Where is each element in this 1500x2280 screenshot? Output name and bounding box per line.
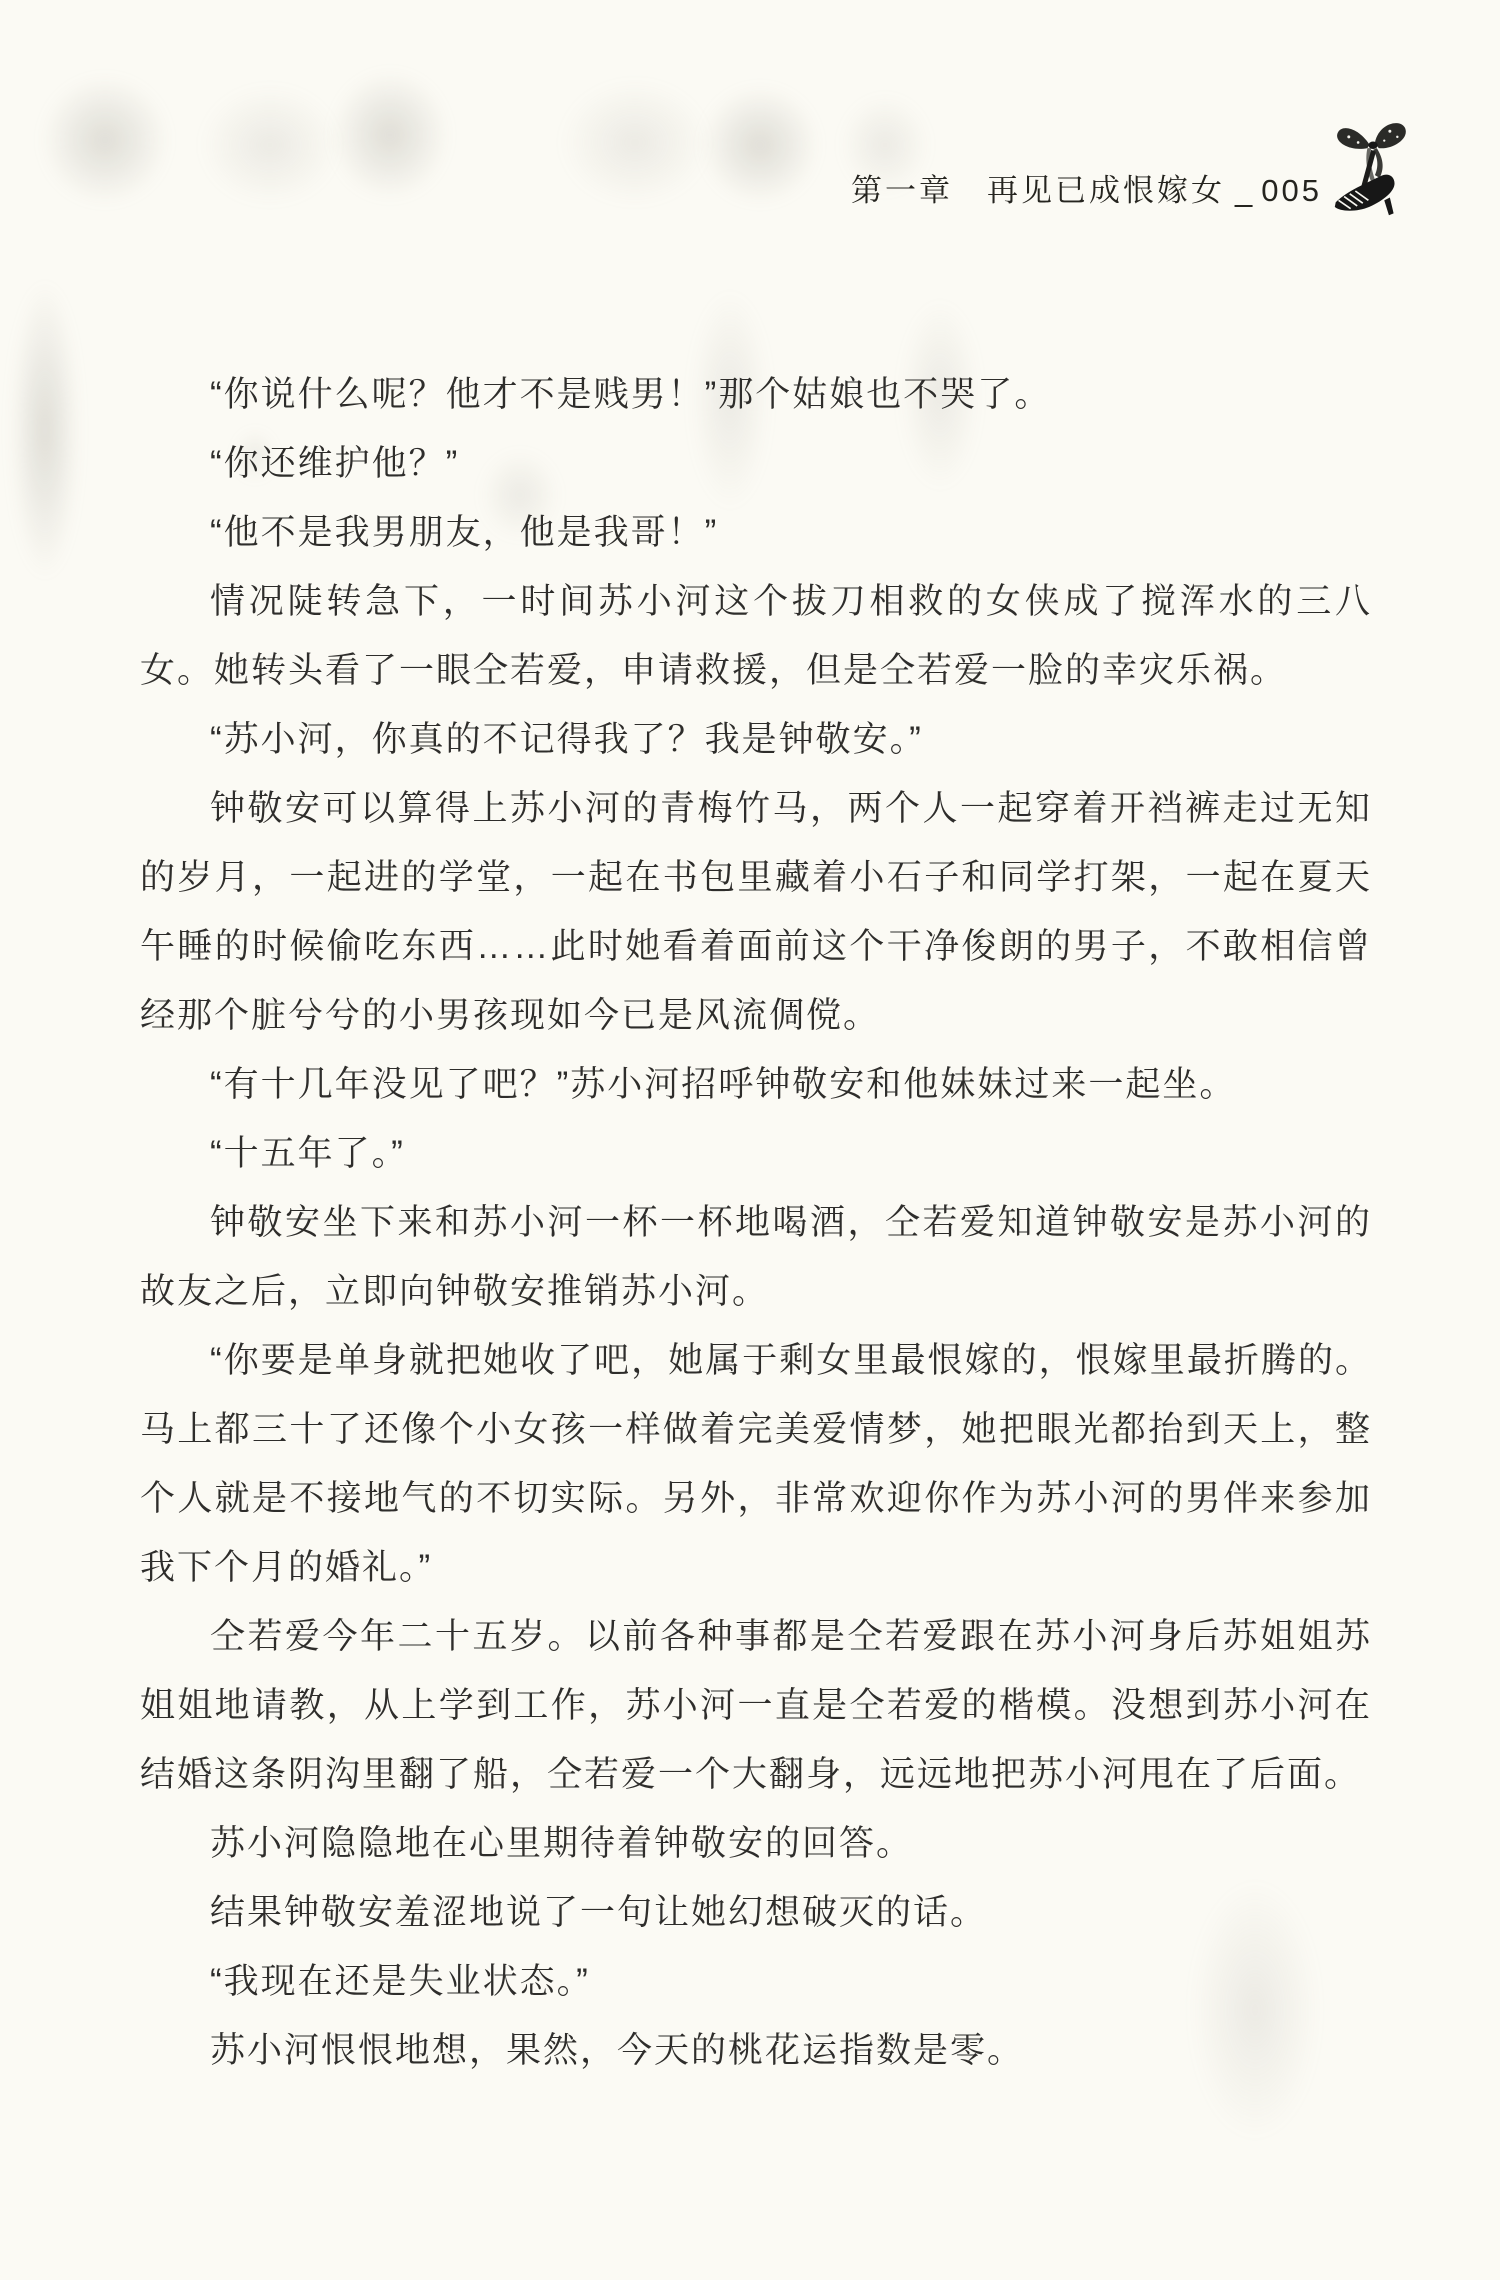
paragraph: “你说什么呢？他才不是贱男！”那个姑娘也不哭了。 xyxy=(140,360,1372,429)
page-number: 005 xyxy=(1261,173,1322,208)
paragraph: “苏小河，你真的不记得我了？我是钟敬安。” xyxy=(140,705,1372,774)
high-heel-shoe-icon xyxy=(1332,116,1416,224)
scan-artifact xyxy=(40,75,170,205)
paragraph: “我现在还是失业状态。” xyxy=(140,1947,1372,2016)
paragraph: 钟敬安坐下来和苏小河一杯一杯地喝酒，仝若爱知道钟敬安是苏小河的故友之后，立即向钟… xyxy=(140,1188,1372,1326)
scan-artifact xyxy=(700,85,820,205)
paragraph: 情况陡转急下，一时间苏小河这个拔刀相救的女侠成了搅浑水的三八女。她转头看了一眼仝… xyxy=(140,567,1372,705)
paragraph: “有十几年没见了吧？”苏小河招呼钟敬安和他妹妹过来一起坐。 xyxy=(140,1050,1372,1119)
paragraph: 钟敬安可以算得上苏小河的青梅竹马，两个人一起穿着开裆裤走过无知的岁月，一起进的学… xyxy=(140,774,1372,1050)
page-header: 第一章再见已成恨嫁女_005 xyxy=(851,165,1322,210)
paragraph: “十五年了。” xyxy=(140,1119,1372,1188)
paragraph: 结果钟敬安羞涩地说了一句让她幻想破灭的话。 xyxy=(140,1878,1372,1947)
paragraph: 仝若爱今年二十五岁。以前各种事都是仝若爱跟在苏小河身后苏姐姐苏姐姐地请教，从上学… xyxy=(140,1602,1372,1809)
book-page: 第一章再见已成恨嫁女_005 “你说什么呢？他才不是贱男！”那个姑娘也不哭了。“… xyxy=(0,0,1500,2280)
paragraph: 苏小河隐隐地在心里期待着钟敬安的回答。 xyxy=(140,1809,1372,1878)
page-number-separator: _ xyxy=(1235,173,1255,208)
paragraph: “你要是单身就把她收了吧，她属于剩女里最恨嫁的，恨嫁里最折腾的。马上都三十了还像… xyxy=(140,1326,1372,1602)
chapter-label: 第一章 xyxy=(851,173,953,208)
paragraph: “你还维护他？” xyxy=(140,429,1372,498)
scan-artifact xyxy=(560,80,710,205)
running-title: 再见已成恨嫁女 xyxy=(987,173,1225,208)
paragraph: 苏小河恨恨地想，果然，今天的桃花运指数是零。 xyxy=(140,2016,1372,2085)
scan-artifact xyxy=(200,85,340,205)
body-text: “你说什么呢？他才不是贱男！”那个姑娘也不哭了。“你还维护他？”“他不是我男朋友… xyxy=(140,360,1372,2085)
scan-artifact xyxy=(10,280,80,580)
scan-artifact xyxy=(330,70,450,200)
paragraph: “他不是我男朋友，他是我哥！” xyxy=(140,498,1372,567)
